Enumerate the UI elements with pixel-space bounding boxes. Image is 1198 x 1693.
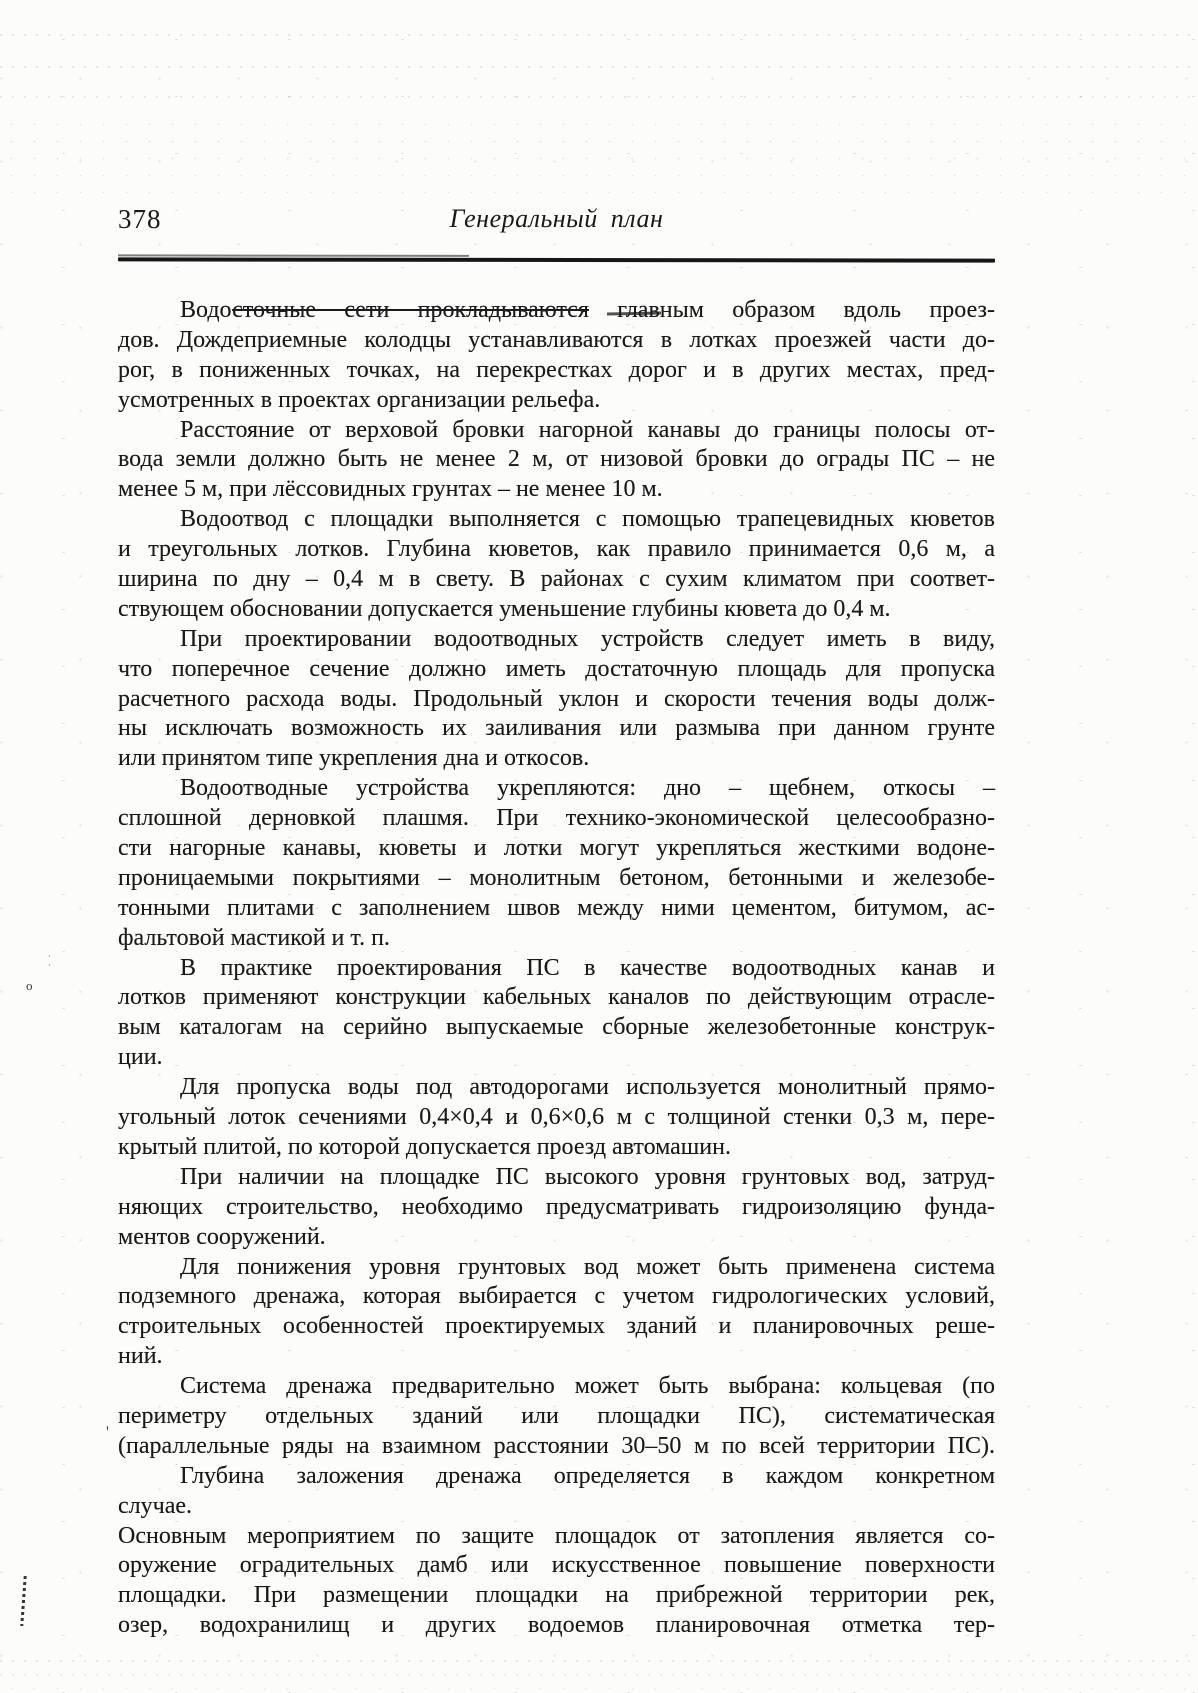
- text-line: Глубина заложения дренажа определяется в…: [118, 1462, 995, 1492]
- text-line: дов. Дождеприемные колодцы устанавливают…: [118, 326, 995, 356]
- text-line: периметру отдельных зданий или площадки …: [118, 1402, 995, 1432]
- scan-noise-band: [0, 66, 1198, 68]
- text-line: няющих строительство, необходимо предусм…: [118, 1193, 995, 1223]
- margin-mark: ··: [48, 952, 51, 970]
- text-line: лотков применяют конструкции кабельных к…: [118, 983, 995, 1013]
- text-line: тонными плитами с заполнением швов между…: [118, 894, 995, 924]
- text-line: При проектировании водоотводных устройст…: [118, 625, 995, 655]
- text-line: вода земли должно быть не менее 2 м, от …: [118, 445, 995, 475]
- text-line: Водоотводные устройства укрепляются: дно…: [118, 774, 995, 804]
- text-line: и треугольных лотков. Глубина кюветов, к…: [118, 535, 995, 565]
- text-line: рог, в пониженных точках, на перекрестка…: [118, 356, 995, 386]
- header-rule: [118, 257, 995, 262]
- text-line: угольный лоток сечениями 0,4×0,4 и 0,6×0…: [118, 1103, 995, 1133]
- page-number: 378: [118, 204, 162, 235]
- text-line: Для пропуска воды под автодорогами испол…: [118, 1073, 995, 1103]
- margin-pen-squiggle: [20, 1576, 26, 1626]
- margin-mark: ': [106, 1424, 109, 1442]
- text-line: Для понижения уровня грунтовых вод может…: [118, 1253, 995, 1283]
- text-line: расчетного расхода воды. Продольный укло…: [118, 685, 995, 715]
- text-line: ствующем обосновании допускается уменьше…: [118, 595, 995, 625]
- text-line: озер, водохранилищ и других водоемов пла…: [118, 1611, 995, 1641]
- page-header: 378 Генеральный план: [118, 204, 995, 240]
- text-line: ции.: [118, 1043, 995, 1073]
- scan-noise-band: [0, 96, 1198, 98]
- text-line: строительных особенностей проектируемых …: [118, 1312, 995, 1342]
- scan-noise-zone: [0, 116, 1198, 194]
- margin-mark: ο: [26, 978, 33, 994]
- text-line: Система дренажа предварительно может быт…: [118, 1372, 995, 1402]
- text-line: Водосточные сети прокладываются главным …: [118, 296, 995, 326]
- text-line: усмотренных в проектах организации релье…: [118, 386, 995, 416]
- text-line: вым каталогам на серийно выпускаемые сбо…: [118, 1013, 995, 1043]
- text-line: сти нагорные канавы, кюветы и лотки могу…: [118, 834, 995, 864]
- text-line: проницаемыми покрытиями – монолитным бет…: [118, 864, 995, 894]
- text-line: ний.: [118, 1342, 995, 1372]
- text-fragment: Водо: [180, 297, 232, 323]
- text-line: крытый плитой, по которой допускается пр…: [118, 1133, 995, 1163]
- text-line: площадки. При размещении площадки на при…: [118, 1581, 995, 1611]
- book-page: ο ·· ' 378 Генеральный план Водосточные …: [0, 0, 1198, 1693]
- text-line: Основным мероприятием по защите площадок…: [118, 1522, 995, 1552]
- text-line: подземного дренажа, которая выбирается с…: [118, 1282, 995, 1312]
- body-text: Водосточные сети прокладываются главным …: [118, 296, 995, 1641]
- scan-noise-band: [0, 34, 1198, 36]
- text-line: менее 5 м, при лёссовидных грунтах – не …: [118, 475, 995, 505]
- struck-text: сточные сети прокладываются: [232, 297, 589, 323]
- scan-noise-band: [0, 1660, 1198, 1662]
- text-line: ширина по дну – 0,4 м в свету. В районах…: [118, 565, 995, 595]
- text-line: Расстояние от верховой бровки нагорной к…: [118, 416, 995, 446]
- text-line: случае.: [118, 1492, 995, 1522]
- text-line: При наличии на площадке ПС высокого уров…: [118, 1163, 995, 1193]
- scan-noise-zone: [0, 1680, 1198, 1692]
- running-title: Генеральный план: [118, 204, 995, 234]
- text-line: оружение оградительных дамб или искусств…: [118, 1551, 995, 1581]
- text-line: или принятом типе укрепления дна и откос…: [118, 744, 995, 774]
- text-fragment: главным образом вдоль проез-: [589, 297, 995, 323]
- text-line: что поперечное сечение должно иметь дост…: [118, 655, 995, 685]
- text-line: (параллельные ряды на взаимном расстояни…: [118, 1432, 995, 1462]
- text-line: Водоотвод с площадки выполняется с помощ…: [118, 505, 995, 535]
- text-line: фальтовой мастикой и т. п.: [118, 924, 995, 954]
- scan-noise-band: [0, 1674, 1198, 1676]
- text-line: В практике проектирования ПС в качестве …: [118, 954, 995, 984]
- text-line: сплошной дерновкой плашмя. При технико-э…: [118, 804, 995, 834]
- text-line: ны исключать возможность их заиливания и…: [118, 714, 995, 744]
- text-line: ментов сооружений.: [118, 1223, 995, 1253]
